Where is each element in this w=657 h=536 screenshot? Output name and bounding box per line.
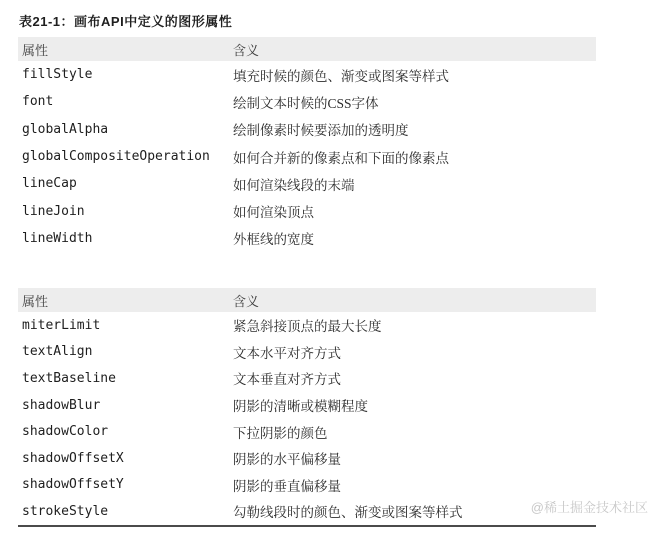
property-cell: textBaseline [18,371,233,386]
properties-table-2: 属性 含义 miterLimit 紧急斜接顶点的最大长度 textAlign 文… [18,288,596,527]
meaning-cell: 下拉阴影的颜色 [233,422,596,442]
meaning-cell: 外框线的宽度 [233,228,596,248]
property-cell: globalAlpha [18,122,233,137]
properties-table-1: 属性 含义 fillStyle 填充时候的颜色、渐变或图案等样式 font 绘制… [18,37,596,252]
property-cell: lineWidth [18,231,233,246]
meaning-cell: 如何合并新的像素点和下面的像素点 [233,147,596,167]
table-row: font 绘制文本时候的CSS字体 [18,88,596,115]
property-cell: fillStyle [18,67,233,82]
property-cell: font [18,94,233,109]
table-row: shadowOffsetX 阴影的水平偏移量 [18,445,596,472]
meaning-cell: 绘制像素时候要添加的透明度 [233,119,596,139]
table-row: lineCap 如何渲染线段的末端 [18,170,596,197]
table-body: miterLimit 紧急斜接顶点的最大长度 textAlign 文本水平对齐方… [18,312,596,527]
header-cell-meaning: 含义 [233,291,596,310]
property-cell: shadowBlur [18,398,233,413]
table-header-row: 属性 含义 [18,37,596,61]
table-body: fillStyle 填充时候的颜色、渐变或图案等样式 font 绘制文本时候的C… [18,61,596,252]
table-row: globalCompositeOperation 如何合并新的像素点和下面的像素… [18,143,596,170]
document-page: 表21-1：画布API中定义的图形属性 属性 含义 fillStyle 填充时候… [0,0,657,536]
meaning-cell: 阴影的清晰或模糊程度 [233,395,596,415]
meaning-cell: 文本水平对齐方式 [233,342,596,362]
meaning-cell: 如何渲染线段的末端 [233,174,596,194]
property-cell: shadowOffsetX [18,451,233,466]
table-row: shadowOffsetY 阴影的垂直偏移量 [18,472,596,499]
page-title: 表21-1：画布API中定义的图形属性 [19,11,232,30]
header-cell-property: 属性 [18,40,233,59]
table-row: lineWidth 外框线的宽度 [18,225,596,252]
meaning-cell: 填充时候的颜色、渐变或图案等样式 [233,65,596,85]
meaning-cell: 文本垂直对齐方式 [233,368,596,388]
table-header-row: 属性 含义 [18,288,596,312]
table-row: lineJoin 如何渲染顶点 [18,197,596,224]
property-cell: shadowOffsetY [18,477,233,492]
watermark: @稀土掘金技术社区 [531,497,648,516]
header-cell-meaning: 含义 [233,40,596,59]
table-row: globalAlpha 绘制像素时候要添加的透明度 [18,116,596,143]
meaning-cell: 紧急斜接顶点的最大长度 [233,315,596,335]
meaning-cell: 如何渲染顶点 [233,201,596,221]
table-row: textBaseline 文本垂直对齐方式 [18,365,596,392]
property-cell: globalCompositeOperation [18,149,233,164]
property-cell: shadowColor [18,424,233,439]
meaning-cell: 绘制文本时候的CSS字体 [233,92,596,112]
property-cell: lineCap [18,176,233,191]
table-row: fillStyle 填充时候的颜色、渐变或图案等样式 [18,61,596,88]
property-cell: strokeStyle [18,504,233,519]
header-cell-property: 属性 [18,291,233,310]
table-row: miterLimit 紧急斜接顶点的最大长度 [18,312,596,339]
property-cell: miterLimit [18,318,233,333]
meaning-cell: 阴影的垂直偏移量 [233,475,596,495]
property-cell: textAlign [18,344,233,359]
table-row: shadowBlur 阴影的清晰或模糊程度 [18,392,596,419]
table-row: textAlign 文本水平对齐方式 [18,339,596,366]
property-cell: lineJoin [18,204,233,219]
table-row: shadowColor 下拉阴影的颜色 [18,418,596,445]
table-row: strokeStyle 勾勒线段时的颜色、渐变或图案等样式 [18,498,596,525]
meaning-cell: 阴影的水平偏移量 [233,448,596,468]
